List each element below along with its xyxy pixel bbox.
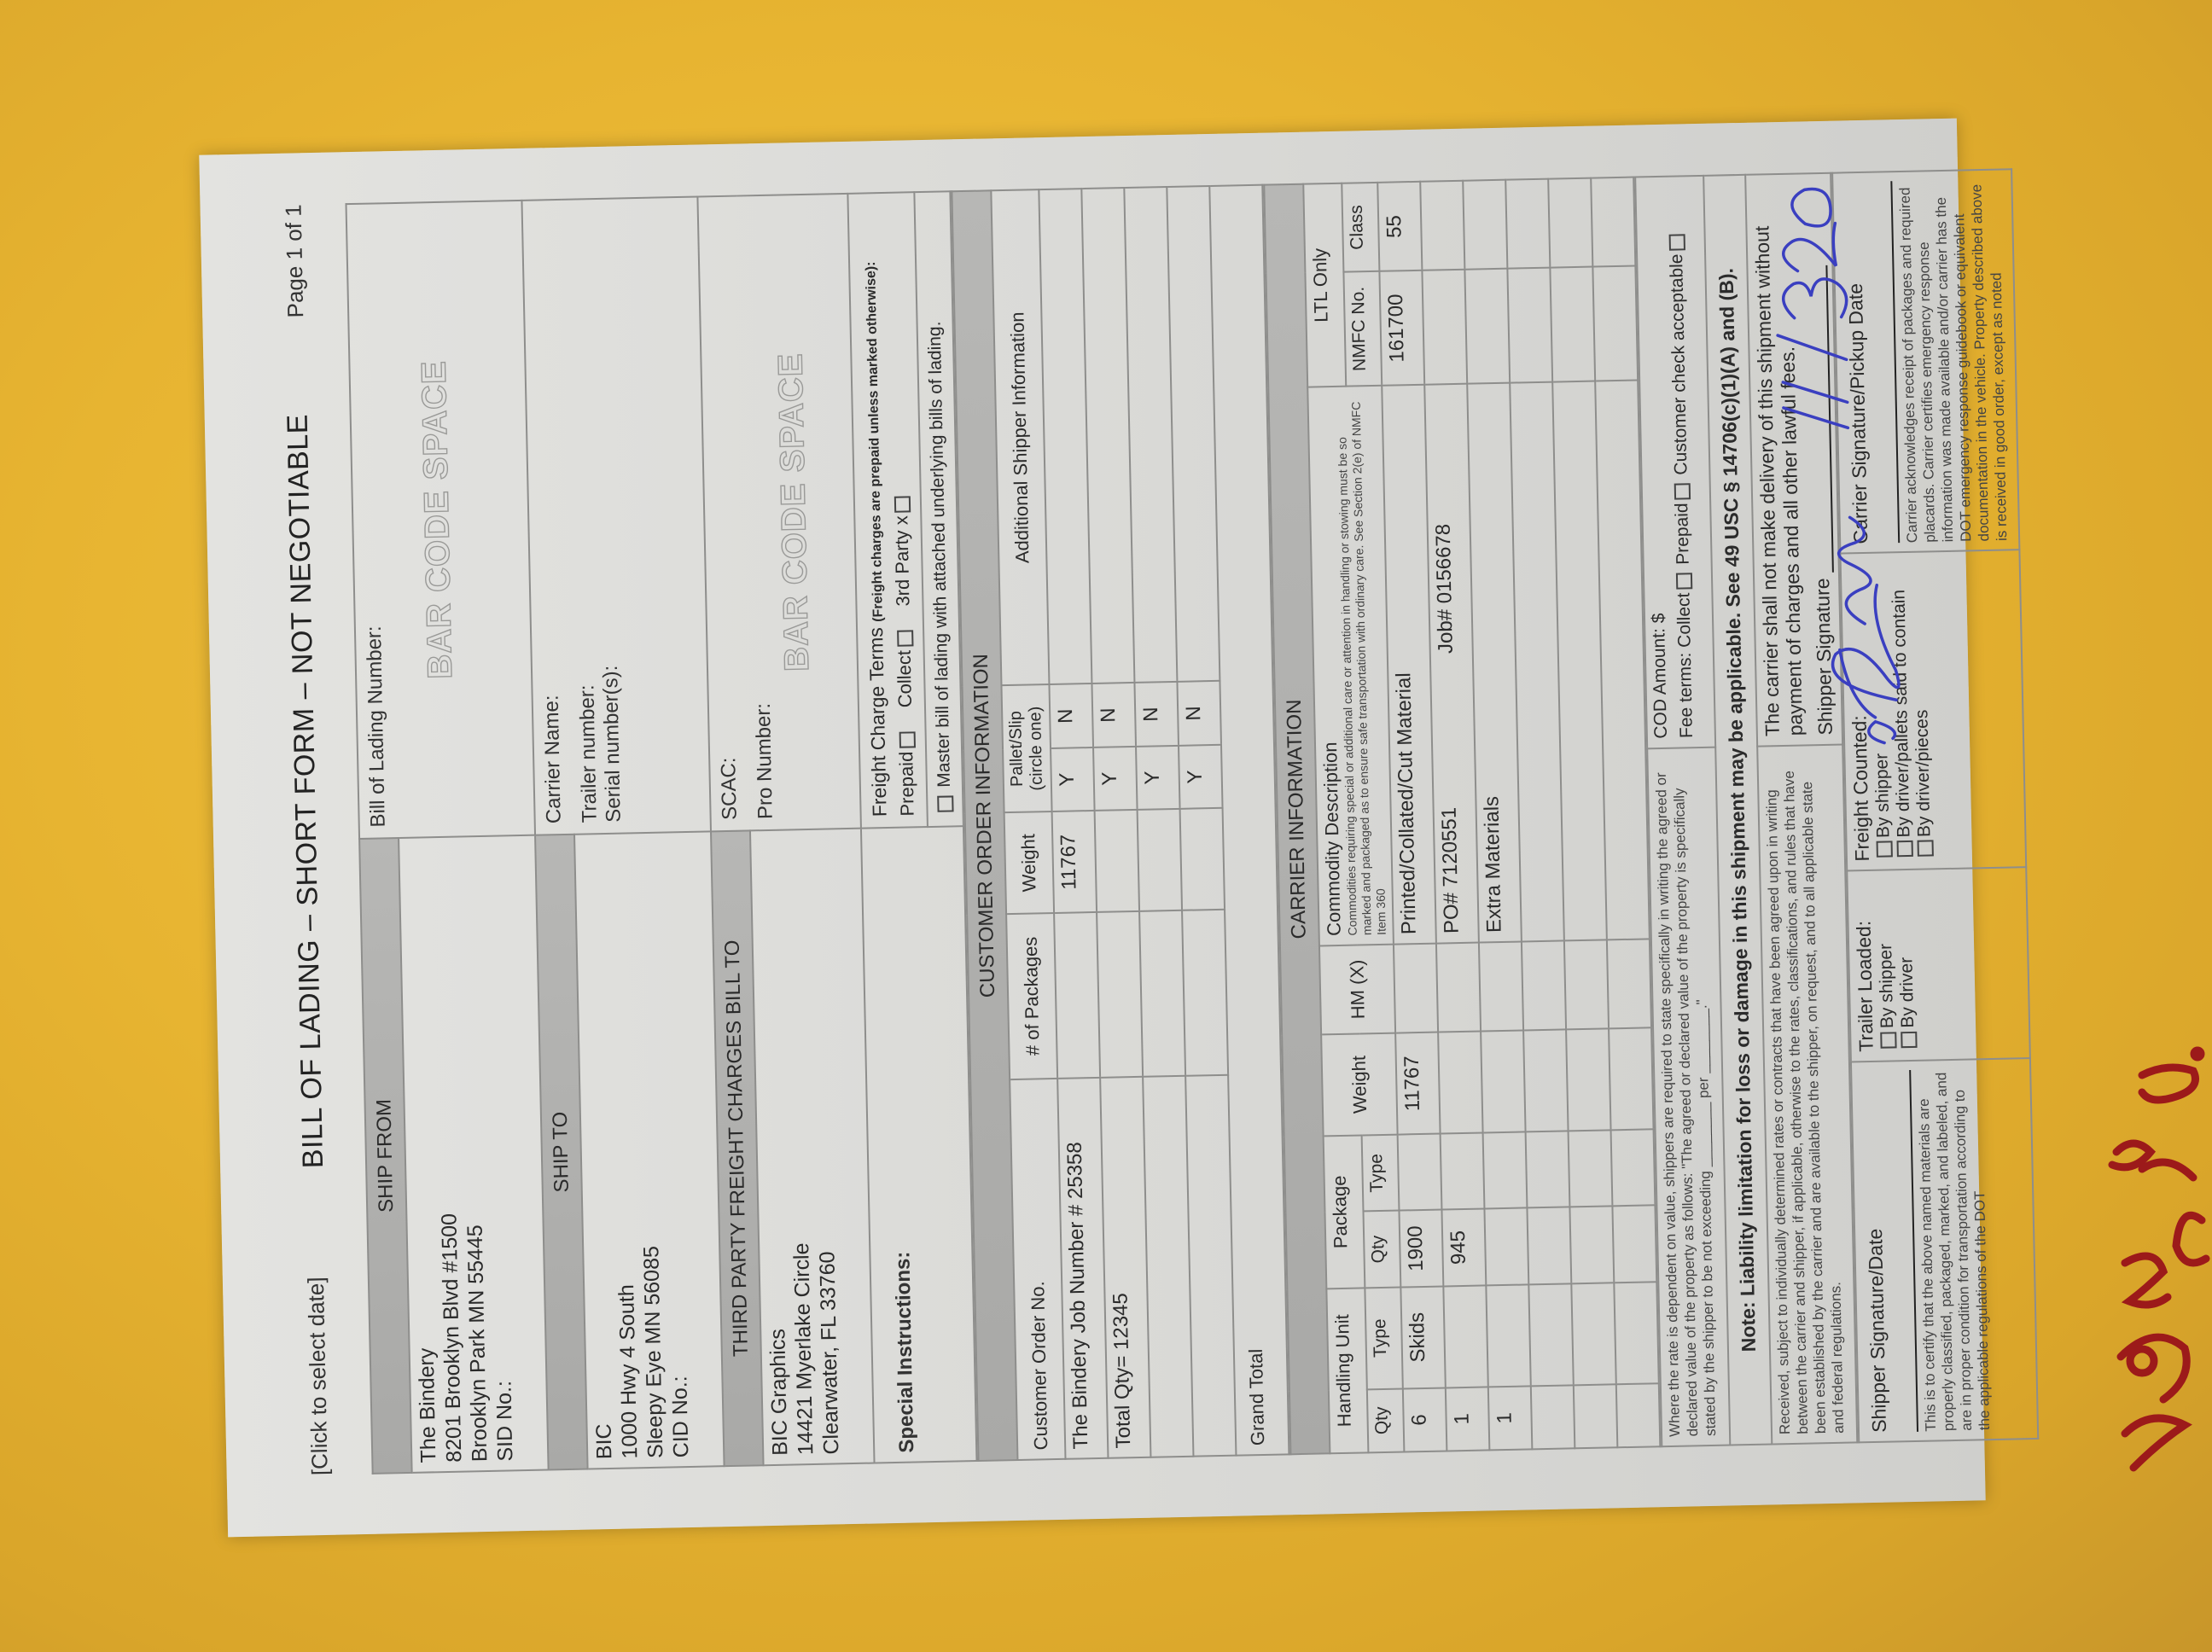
commodity-job-text: Job# 0156678	[1432, 524, 1458, 654]
cod-cell: COD Amount: $ Fee terms: Collect Prepaid…	[1635, 176, 1715, 748]
cell-pallet-yes[interactable]: Y	[1051, 747, 1095, 811]
freight-counted-cell: Freight Counted: By shipper By driver/pa…	[1840, 550, 2026, 871]
cell-hm	[1564, 939, 1609, 1029]
ship-to-address: BIC 1000 Hwy 4 South Sleepy Eye MN 56085…	[574, 831, 725, 1469]
cell-class	[1548, 178, 1592, 268]
checkbox-icon[interactable]	[1896, 841, 1912, 857]
col-pallet-slip: Pallet/Slip (circle one)	[1001, 684, 1051, 812]
prepaid-label: Prepaid	[895, 751, 918, 816]
cell-weight	[1566, 1028, 1610, 1131]
red-marker-handwriting	[2108, 1041, 2212, 1652]
master-bol-label: Master bill of lading with attached unde…	[924, 321, 953, 788]
cell-weight	[1523, 1029, 1568, 1131]
prepaid-option[interactable]: Prepaid	[895, 728, 918, 816]
carrier-sig-label: Carrier Signature/Pickup Date	[1842, 182, 1872, 544]
cell-weight: 11767	[1052, 811, 1097, 913]
cell-packages	[1139, 910, 1185, 1076]
cell-pallet-yes[interactable]: Y	[1093, 747, 1138, 811]
cell-packages	[1054, 912, 1100, 1078]
cell-weight	[1095, 810, 1139, 912]
cell-hu-type	[1443, 1285, 1487, 1387]
declared-value-table: Where the rate is dependent on value, sh…	[1634, 172, 1858, 1448]
collect-label: Collect	[894, 650, 916, 708]
col-class: Class	[1342, 183, 1379, 272]
carrier-info-table: CARRIER INFORMATION Handling Unit Packag…	[1263, 177, 1661, 1456]
third-party-label: 3rd Party x	[890, 515, 913, 607]
cell-hu-type	[1614, 1282, 1658, 1384]
commodity-job-text	[1522, 778, 1545, 779]
signature-table: Shipper Signature/Date This is to certif…	[1831, 168, 2039, 1443]
cell-pkg-qty	[1527, 1207, 1571, 1284]
cell-pallet-no[interactable]: N	[1091, 683, 1136, 747]
freight-terms-title: Freight Charge Terms	[864, 627, 891, 817]
cell-pallet-no[interactable]: N	[1049, 683, 1093, 747]
commodity-job-text	[1389, 519, 1412, 520]
cell-weight	[1180, 808, 1225, 910]
delivery-text: The carrier shall not make delivery of t…	[1749, 183, 1807, 737]
commodity-job-text	[1608, 777, 1631, 777]
cell-hu-qty: 1	[1446, 1387, 1490, 1451]
cell-class	[1420, 181, 1464, 270]
col-pkg-qty: Qty	[1363, 1211, 1400, 1288]
cell-nmfc	[1422, 270, 1467, 385]
cell-hu-type	[1571, 1283, 1615, 1385]
commodity-text: Printed/Collated/Cut Material	[1392, 672, 1420, 934]
cell-pallet-yes[interactable]: Y	[1179, 745, 1223, 809]
scac-label: SCAC:	[706, 207, 742, 820]
cell-pkg-type	[1611, 1129, 1656, 1206]
cell-packages	[1182, 910, 1228, 1075]
fee-collect-checkbox[interactable]	[1676, 573, 1692, 589]
option-label: By driver/pallets said to contain	[1889, 590, 1913, 838]
fee-prepaid-label: Prepaid	[1672, 503, 1693, 565]
cell-pkg-type	[1569, 1130, 1613, 1207]
bol-form: SHIP FROM Bill of Lading Number: BAR COD…	[345, 168, 2039, 1475]
carrier-sig-cell: Carrier Signature/Pickup Date Carrier ac…	[1832, 169, 2019, 554]
carrier-ack-text: Carrier acknowledges receipt of packages…	[1890, 178, 2011, 543]
fee-terms-collect-label: Fee terms: Collect	[1674, 592, 1697, 738]
commodity-text	[1611, 930, 1634, 931]
carrier-name-label: Carrier Name:	[530, 211, 567, 823]
delivery-cell: The carrier shall not make delivery of t…	[1745, 173, 1842, 747]
checkbox-icon[interactable]	[1901, 1031, 1917, 1047]
cell-weight	[1138, 809, 1182, 911]
col-weight: Weight	[1004, 811, 1054, 914]
cell-pkg-qty	[1612, 1206, 1656, 1283]
commodity-text	[1569, 931, 1592, 932]
shipper-signature-label: Shipper Signature	[1811, 578, 1837, 736]
option-label: By shipper	[1876, 944, 1897, 1029]
cell-pallet-no[interactable]: N	[1134, 682, 1179, 746]
cell-pkg-qty: 945	[1441, 1209, 1486, 1286]
customer-check-label: Customer check acceptable	[1667, 253, 1691, 475]
document-title: BILL OF LADING – SHORT FORM – NOT NEGOTI…	[282, 414, 331, 1169]
cell-pkg-qty	[1569, 1207, 1614, 1283]
cell-nmfc: 161700	[1379, 270, 1424, 386]
trailer-loaded-label: Trailer Loaded:	[1851, 880, 1877, 1052]
received-text: Received, subject to individually determ…	[1757, 744, 1857, 1444]
scac-cell: SCAC: Pro Number: BAR CODE SPACE	[697, 194, 861, 832]
cell-weight: 11767	[1395, 1032, 1440, 1135]
option-label: By shipper	[1871, 753, 1893, 839]
page-number: Page 1 of 1	[280, 204, 309, 318]
shipper-certification-text: This is to certify that the above named …	[1909, 1068, 1994, 1432]
checkbox-icon[interactable]	[1876, 841, 1892, 858]
customer-order-table: CUSTOMER ORDER INFORMATION Customer Orde…	[951, 184, 1289, 1462]
option-label: By driver/pieces	[1912, 709, 1934, 837]
col-commodity: Commodity Description Commodities requir…	[1307, 386, 1394, 945]
cell-class: 55	[1377, 182, 1422, 271]
shipping-parties-table: SHIP FROM Bill of Lading Number: BAR COD…	[345, 190, 977, 1475]
cell-nmfc	[1592, 266, 1638, 381]
cell-pkg-qty	[1484, 1208, 1528, 1285]
bol-barcode-space: BAR CODE SPACE	[378, 213, 463, 828]
master-bol-checkbox[interactable]	[937, 795, 953, 811]
cell-pkg-type	[1526, 1131, 1570, 1207]
cell-class	[1463, 180, 1507, 270]
cell-pkg-type	[1441, 1133, 1485, 1210]
cell-weight	[1438, 1032, 1482, 1134]
freight-terms-note: (Freight charges are prepaid unless mark…	[864, 261, 886, 622]
commodity-job-text	[1477, 643, 1500, 643]
option-label: By driver	[1896, 957, 1918, 1028]
cell-hu-type	[1528, 1283, 1573, 1386]
col-hm: HM (X)	[1319, 944, 1395, 1034]
third-party-option[interactable]: 3rd Party x	[890, 492, 914, 607]
carrier-cell: Carrier Name: Trailer number: Serial num…	[521, 197, 711, 835]
cell-hm	[1479, 941, 1523, 1031]
col-customer-order-no: Customer Order No.	[1010, 1079, 1065, 1460]
commodity-text: Extra Materials	[1480, 796, 1505, 934]
checkbox-icon[interactable]	[1917, 841, 1933, 857]
cell-weight	[1481, 1030, 1525, 1132]
cell-pallet-yes[interactable]: Y	[1136, 746, 1180, 810]
bol-number-cell: Bill of Lading Number: BAR CODE SPACE	[346, 201, 536, 839]
cell-hu-qty	[1531, 1385, 1575, 1449]
cell-pkg-type	[1398, 1134, 1442, 1211]
cell-pkg-type	[1483, 1131, 1528, 1208]
cell-pallet-no[interactable]: N	[1177, 681, 1221, 745]
fee-prepaid-checkbox[interactable]	[1674, 483, 1691, 499]
shipper-signature-line[interactable]	[1825, 265, 1834, 573]
col-hu-qty: Qty	[1367, 1388, 1405, 1452]
third-party-address: BIC Graphics 14421 Myerlake Circle Clear…	[750, 829, 875, 1466]
commodity-job-text	[1565, 777, 1588, 778]
cell-hm	[1522, 940, 1566, 1030]
cell-nmfc	[1550, 267, 1595, 382]
col-nmfc: NMFC No.	[1343, 271, 1382, 387]
special-instructions-cell: Special Instructions:	[861, 826, 977, 1463]
prepaid-checkbox[interactable]	[899, 731, 915, 747]
cell-hu-qty	[1616, 1383, 1661, 1447]
cell-nmfc	[1507, 268, 1552, 383]
cell-hm	[1394, 943, 1438, 1032]
third-party-checkbox[interactable]	[894, 496, 910, 512]
customer-check-checkbox[interactable]	[1669, 234, 1685, 250]
commodity-text: PO# 7120551	[1438, 807, 1464, 934]
cell-class	[1591, 177, 1635, 267]
trailer-loaded-cell: Trailer Loaded: By shipper By driver	[1847, 868, 2030, 1062]
cell-hu-qty: 1	[1488, 1386, 1533, 1450]
group-package: Package	[1324, 1136, 1365, 1288]
col-hu-type: Type	[1365, 1287, 1403, 1389]
shipper-sig-date-cell: Shipper Signature/Date This is to certif…	[1851, 1058, 2038, 1443]
special-instructions-label: Special Instructions:	[865, 837, 919, 1454]
cell-hu-qty: 6	[1403, 1387, 1447, 1451]
checkbox-icon[interactable]	[1880, 1032, 1896, 1048]
cell-hu-type: Skids	[1400, 1286, 1445, 1388]
document-header: [Click to select date] BILL OF LADING – …	[269, 204, 346, 1476]
cell-pkg-qty: 1900	[1399, 1210, 1443, 1287]
cell-hu-type	[1486, 1284, 1530, 1387]
cell-weight	[1609, 1027, 1653, 1130]
cell-packages	[1097, 911, 1143, 1077]
collect-option[interactable]: Collect	[893, 627, 916, 708]
cell-hu-qty	[1574, 1384, 1618, 1448]
bill-of-lading-paper: [Click to select date] BILL OF LADING – …	[199, 119, 1985, 1538]
cell-class	[1505, 179, 1550, 269]
col-weight: Weight	[1321, 1033, 1397, 1137]
group-ltl-only: LTL Only	[1303, 183, 1346, 387]
cell-nmfc	[1464, 269, 1510, 384]
cell-hm	[1607, 939, 1651, 1028]
cell-hm	[1436, 942, 1481, 1032]
commodity-text	[1526, 932, 1549, 933]
ship-from-address: The Bindery 8201 Brooklyn Blvd #1500 Bro…	[399, 835, 549, 1473]
col-pkg-type: Type	[1361, 1135, 1399, 1212]
collect-checkbox[interactable]	[897, 631, 913, 647]
date-picker-field[interactable]: [Click to select date]	[303, 1277, 334, 1475]
shipper-sig-date-label: Shipper Signature/Date	[1860, 1070, 1891, 1433]
col-packages: # of Packages	[1006, 913, 1057, 1079]
trailer-loaded-by-driver[interactable]: By driver	[1895, 879, 1918, 1051]
group-handling-unit: Handling Unit	[1326, 1288, 1368, 1453]
